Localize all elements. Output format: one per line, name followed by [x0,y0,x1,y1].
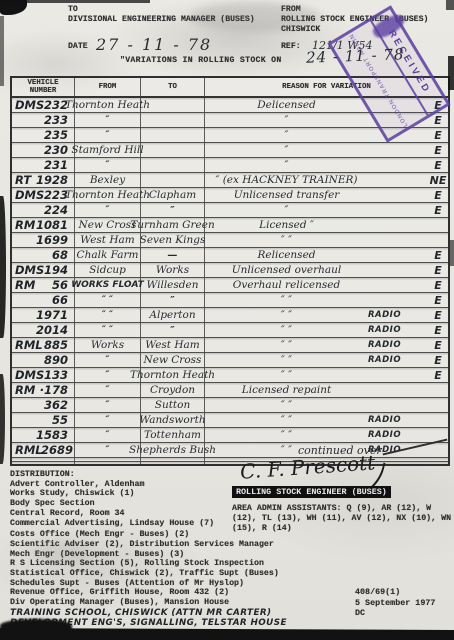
vehicle-number: 68 [41,248,74,262]
licence-code: E [428,294,448,307]
cell-from: ″ [75,113,141,127]
reason-text: ″ [205,204,368,216]
cell-reason: Licensed repaint [205,383,448,397]
radio-note: RADIO [368,355,428,365]
cell-from: ″ [75,128,141,142]
cell-to: ″ [141,203,205,217]
table-row: 2014″ ″″″ ″RADIOE [12,322,448,337]
table-row: 68Chalk Farm—RelicensedE [12,247,448,262]
cell-to [141,113,205,127]
table-row: DMS133″Thornton Heath″ ″E [12,367,448,382]
distribution-item: Statistical Office, Chiswick (2), Traffi… [10,569,287,579]
from-text: ″ [105,160,109,170]
cell-to: ″ [141,293,205,307]
cell-vehicle-number: RT1928 [12,173,75,187]
reason-text: ″ [205,144,368,156]
cell-from: ″ [75,428,141,442]
date-label: DATE [68,42,88,51]
table-row: 1699West HamSeven Kings″ ″ [12,232,448,247]
from-text: ″ [105,130,109,140]
licence-code: E [428,204,448,217]
from-text: Thornton Heath [65,99,150,111]
ref-label: REF: [281,42,301,51]
licence-code: NE [428,174,448,187]
from-text: Bexley [90,174,125,186]
cell-from: Works [75,338,141,352]
table-row: 1583″Tottenham″ ″RADIO [12,427,448,442]
vehicle-class: RML [12,443,41,457]
vehicle-number: 885 [41,338,74,352]
from-text: ″ [105,385,109,395]
table-row: RM1081New CrossTurnham GreenLicensed ″ [12,217,448,232]
vehicle-number: 194 [41,263,74,277]
cell-to: Shepherds Bush [141,443,205,457]
table-body: DMS232Thornton HeathDelicensedE233″″E235… [12,98,448,464]
table-row: 66″ ″″″ ″E [12,292,448,307]
reason-text: Overhaul relicensed [205,279,368,291]
cell-vehicle-number: 1699 [12,233,75,247]
cell-reason: ″ ″E [205,368,448,382]
cell-reason: RelicensedE [205,248,448,262]
cell-vehicle-number: 224 [12,203,75,217]
from-text: ″ ″ [102,325,113,335]
cell-vehicle-number: DMS194 [12,263,75,277]
vehicle-number: 362 [41,398,74,412]
licence-code: E [428,324,448,337]
cell-from: West Ham [75,233,141,247]
cell-vehicle-number: 55 [12,413,75,427]
table-row: 890″New Cross″ ″RADIOE [12,352,448,367]
from-text: ″ ″ [102,310,113,320]
cell-to: — [141,248,205,262]
reason-text: Licensed ″ [205,219,368,231]
cell-from: ″ ″ [75,308,141,322]
cell-to: Alperton [141,308,205,322]
from-text: Stamford Hill [71,144,143,156]
licence-code: E [428,159,448,172]
licence-code: E [428,249,448,262]
table-row: 231″″E [12,157,448,172]
to-text: Tottenham [144,429,201,441]
cell-to: Croydon [141,383,205,397]
scan-artifact-right-2 [446,0,454,10]
table-row: RML885WorksWest Ham″ ″RADIOE [12,337,448,352]
vehicle-number: 1928 [36,173,74,187]
to-text: — [168,250,178,261]
to-text: Seven Kings [140,234,206,246]
cell-vehicle-number: 1971 [12,308,75,322]
from-text: ″ [105,115,109,125]
licence-code: E [428,309,448,322]
vehicle-number: 230 [41,143,74,157]
table-row: RT1928Bexley″ (ex HACKNEY TRAINER)NE [12,172,448,187]
scan-artifact-left-strip-1 [0,196,6,338]
to-text: Willesden [147,279,199,291]
cell-to: New Cross [141,353,205,367]
cell-from: WORKS FLOAT [75,278,141,292]
cell-from: Sidcup [75,263,141,277]
scan-smudge-bottom [30,540,90,564]
to-text: ″ [170,325,174,336]
cell-reason: ″ (ex HACKNEY TRAINER)NE [205,173,448,187]
col-header-to: TO [141,78,205,96]
vehicle-number: 1971 [36,308,74,322]
from-text: ″ [105,430,109,440]
cell-reason: Unlicensed transferE [205,188,448,202]
vehicle-class: DMS [12,368,41,382]
cell-from: ″ ″ [75,293,141,307]
radio-note: RADIO [368,325,428,335]
cell-reason: ″ ″RADIOE [205,308,448,322]
vehicle-number: 133 [41,368,74,382]
radio-note: RADIO [368,430,428,440]
distribution-item-handwritten: TRAINING SCHOOL, CHISWICK (ATTN MR CARTE… [10,608,287,618]
distribution-item: Div Operating Manager (Buses), Mansion H… [10,598,287,608]
table-row: RM·178″CroydonLicensed repaint [12,382,448,397]
from-text: ″ [105,370,109,380]
cell-vehicle-number: 66 [12,293,75,307]
cell-to [141,98,205,112]
from-text: ″ ″ [102,295,113,305]
cell-vehicle-number: 230 [12,143,75,157]
cell-to: Tottenham [141,428,205,442]
cell-reason: ″E [205,143,448,157]
vehicle-number: 2014 [36,323,74,337]
col-header-from: FROM [75,78,141,96]
vehicle-number: 55 [41,413,74,427]
cell-to: Works [141,263,205,277]
to-label: TO [68,5,78,14]
col-header-vehicle: VEHICLE NUMBER [12,78,75,96]
cell-vehicle-number: RML2689 [12,443,75,457]
vehicle-number: 235 [41,128,74,142]
from-text: Works [91,339,124,351]
vehicle-class: RT [12,173,36,187]
cell-to [141,143,205,157]
reason-text: ″ ″ [205,414,368,426]
licence-code: E [428,369,448,382]
licence-code: E [428,144,448,157]
cell-reason: ″E [205,158,448,172]
page-title: "VARIATIONS IN ROLLING STOCK ON [120,56,282,65]
scanned-page: TO DIVISIONAL ENGINEERING MANAGER (BUSES… [0,0,454,640]
cell-reason: ″ ″ [205,233,448,247]
scan-artifact-right-3 [450,240,454,266]
cell-vehicle-number: 362 [12,398,75,412]
to-text: West Ham [145,339,199,351]
reason-text: Delicensed [205,99,368,111]
licence-code: E [428,264,448,277]
to-text: Thornton Heath [130,369,215,381]
from-text: ″ [105,415,109,425]
table-row: 55″Wandsworth″ ″RADIO [12,412,448,427]
from-text: Thornton Heath [65,189,150,201]
from-text: ″ [105,400,109,410]
table-row: 1971″ ″Alperton″ ″RADIOE [12,307,448,322]
to-text: Sutton [155,399,190,411]
cell-vehicle-number: 233 [12,113,75,127]
cell-from: ″ [75,398,141,412]
cell-from: Thornton Heath [75,188,141,202]
file-ref-date: 5 September 1977 [355,598,435,609]
cell-reason: ″E [205,128,448,142]
vehicle-number: 56 [41,278,74,292]
cell-to: West Ham [141,338,205,352]
cell-vehicle-number: RM56 [12,278,75,292]
vehicle-class: DMS [12,188,41,202]
scan-artifact-left-strip-2 [0,374,5,464]
vehicle-number: 1699 [36,233,74,247]
reason-text: ″ [205,114,368,126]
vehicle-number: 1081 [36,218,74,232]
cell-reason: ″ ″RADIOE [205,338,448,352]
vehicle-number: 890 [41,353,74,367]
vehicle-number: 2689 [41,443,79,457]
cell-to: Thornton Heath [141,368,205,382]
cell-vehicle-number: 890 [12,353,75,367]
from-text: ″ [105,445,109,455]
cell-from: Chalk Farm [75,248,141,262]
cell-from: Stamford Hill [75,143,141,157]
scan-artifact-left-strip-3 [0,16,4,86]
date-value-handwritten: 27 - 11 - 78 [96,35,212,54]
scan-artifact-right-1 [448,56,454,90]
cell-vehicle-number: DMS133 [12,368,75,382]
cell-from: ″ [75,203,141,217]
reason-text: Relicensed [205,249,368,261]
vehicle-class: RML [12,338,41,352]
licence-code: E [428,354,448,367]
table-row: 362″Sutton″ ″ [12,397,448,412]
vehicle-class: RM [12,218,36,232]
cell-from: ″ [75,383,141,397]
cell-from: Thornton Heath [75,98,141,112]
reason-text: ″ ″ [205,429,368,441]
table-row: RM56WORKS FLOATWillesdenOverhaul relicen… [12,277,448,292]
file-ref-initials: DC [355,608,435,619]
table-row: 230Stamford Hill″E [12,142,448,157]
cell-reason: Overhaul relicensedE [205,278,448,292]
from-text: New Cross [79,219,137,231]
cell-to: ″ [141,323,205,337]
cell-reason: Licensed ″ [205,218,448,232]
cell-from [75,462,141,465]
cell-vehicle-number: RM1081 [12,218,75,232]
to-text: Shepherds Bush [129,444,216,456]
radio-note: RADIO [368,310,428,320]
vehicle-class: RM [12,383,40,397]
cell-vehicle-number [12,462,75,465]
reason-text: ″ [205,159,368,171]
scan-artifact-bottom-left [0,619,72,632]
vehicle-class: DMS [12,263,41,277]
reason-text: ″ ″ [205,399,368,411]
cell-to: Turnham Green [141,218,205,232]
vehicle-number: 231 [41,158,74,172]
cell-to: Clapham [141,188,205,202]
cell-vehicle-number: 68 [12,248,75,262]
vehicle-class: DMS [12,98,41,112]
scan-smudge-top [190,2,320,32]
to-text: ″ [170,205,174,216]
to-text: ″ [170,295,174,306]
to-text: Croydon [150,384,195,396]
continued-note: continued over [298,444,382,457]
from-text: ″ [105,205,109,215]
area-admin-assistants: AREA ADMIN ASSISTANTS: Q (9), AR (12), W… [232,504,454,534]
to-text: Works [156,264,189,276]
reason-text: ″ ″ [205,339,368,351]
cell-from: Bexley [75,173,141,187]
reason-text: ″ (ex HACKNEY TRAINER) [205,174,368,186]
cell-to: Sutton [141,398,205,412]
cell-vehicle-number: 231 [12,158,75,172]
cell-reason: ″ ″RADIOE [205,323,448,337]
vehicle-class: RM [12,278,41,292]
reason-text: Licensed repaint [205,384,368,396]
from-text: Chalk Farm [77,249,139,261]
cell-reason: ″ ″E [205,293,448,307]
reason-text: ″ ″ [205,294,368,306]
cell-from: ″ [75,413,141,427]
cell-from: ″ [75,353,141,367]
from-text: Sidcup [89,264,126,276]
signature-label: ROLLING STOCK ENGINEER (BUSES) [232,486,391,498]
cell-vehicle-number: 235 [12,128,75,142]
to-text: Wandsworth [139,414,205,426]
table-row: DMS194SidcupWorksUnlicensed overhaulE [12,262,448,277]
radio-note: RADIO [368,340,428,350]
cell-vehicle-number: 2014 [12,323,75,337]
radio-note: RADIO [368,415,428,425]
cell-reason: Unlicensed overhaulE [205,263,448,277]
to-text: New Cross [144,354,202,366]
cell-vehicle-number: RML885 [12,338,75,352]
vehicle-number: 66 [41,293,74,307]
distribution-item: Schedules Supt - Buses (Attention of Mr … [10,579,287,589]
distribution-item: Revenue Office, Griffith House, Room 432… [10,588,287,598]
scan-artifact-top-line [0,0,150,3]
from-text: WORKS FLOAT [71,280,144,290]
file-ref-number: 408/69(1) [355,587,435,598]
reason-text: ″ ″ [205,309,368,321]
cell-to: Seven Kings [141,233,205,247]
licence-code: E [428,339,448,352]
reason-text: ″ ″ [205,234,368,246]
file-ref-block: 408/69(1) 5 September 1977 DC [355,587,435,619]
cell-to [141,128,205,142]
cell-from: ″ [75,158,141,172]
licence-code: E [428,189,448,202]
cell-to [141,158,205,172]
cell-reason: ″ ″ [205,398,448,412]
cell-from: ″ ″ [75,323,141,337]
from-text: ″ [105,355,109,365]
reason-text: ″ [205,129,368,141]
cell-reason: ″ ″RADIO [205,428,448,442]
vehicle-number: 233 [41,113,74,127]
to-text: Turnham Green [130,219,214,231]
reason-text: ″ ″ [205,324,368,336]
cell-to [141,462,205,465]
cell-to: Willesden [141,278,205,292]
licence-code: E [428,279,448,292]
cell-vehicle-number: 1583 [12,428,75,442]
table-row: DMS223Thornton HeathClaphamUnlicensed tr… [12,187,448,202]
reason-text: Unlicensed overhaul [205,264,368,276]
title-date-handwritten: 24 - 11 - 78 [306,45,405,66]
licence-code: E [428,129,448,142]
to-text: Clapham [149,189,196,201]
cell-to: Wandsworth [141,413,205,427]
vehicle-number: ·178 [40,383,74,397]
table-row: 224″″″E [12,202,448,217]
to-text: Alperton [149,309,195,321]
cell-vehicle-number: RM·178 [12,383,75,397]
cell-to [141,173,205,187]
vehicle-number: 1583 [36,428,74,442]
reason-text: ″ ″ [205,354,368,366]
vehicle-number: 224 [41,203,74,217]
cell-reason: ″E [205,203,448,217]
cell-reason: ″ ″RADIOE [205,353,448,367]
reason-text: Unlicensed transfer [205,189,368,201]
cell-reason: ″ ″RADIO [205,413,448,427]
from-text: West Ham [80,234,134,246]
reason-text: ″ ″ [205,369,368,381]
